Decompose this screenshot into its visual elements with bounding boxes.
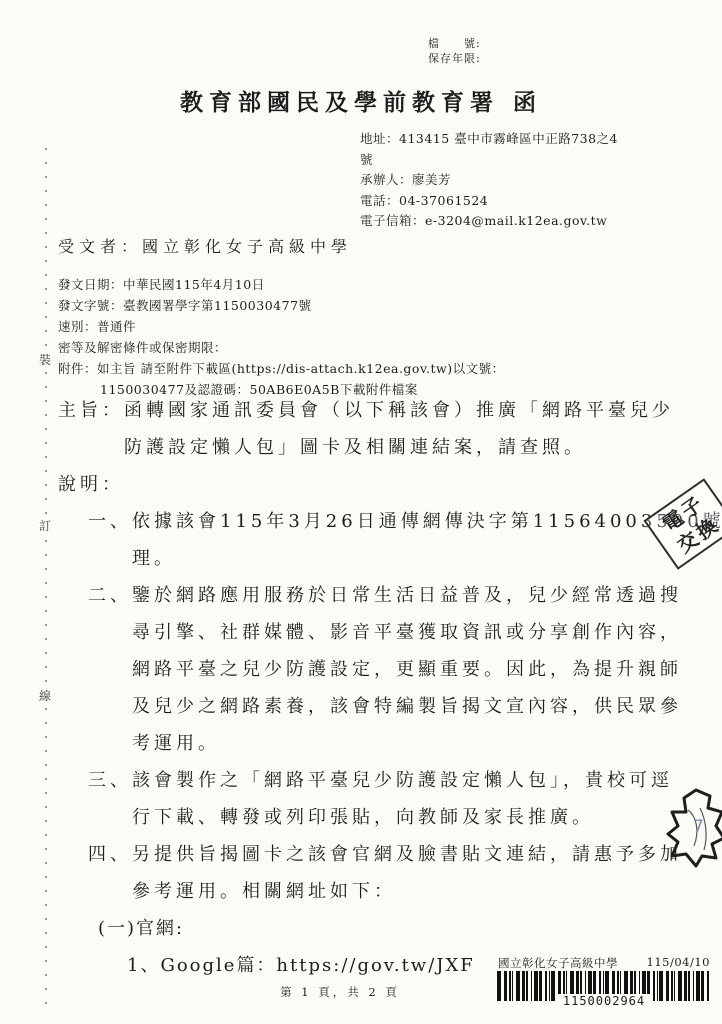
text-line: 另提供旨揭圖卡之該會官網及臉書貼文連結，請惠予多加 (132, 836, 682, 873)
attachment-note-line1: 附件：如主旨 請至附件下載區(https://dis-attach.k12ea.… (58, 358, 505, 379)
text-line: 鑒於網路應用服務於日常生活日益普及，兒少經常透過搜 (132, 577, 682, 614)
blob-digit: 7 (693, 817, 704, 837)
text-line: 理。 (132, 540, 722, 577)
scanned-official-letter: 檔 號: 保存年限: 教育部國民及學前教育署 函 地址：413415 臺中市霧峰… (0, 0, 722, 1024)
text-line: 尋引擎、社群媒體、影音平臺獲取資訊或分享創作內容， (132, 614, 682, 651)
binding-dotted-line (45, 148, 47, 1012)
explanation-item-4: 四、 另提供旨揭圖卡之該會官網及臉書貼文連結，請惠予多加 參考運用。相關網址如下… (88, 836, 708, 910)
binding-mark-zhuang: 裝 (37, 348, 53, 371)
issue-date: 發文日期：中華民國115年4月10日 (58, 274, 505, 295)
letter-body: 主旨： 函轉國家通訊委員會（以下稱該會）推廣「網路平臺兒少 防護設定懶人包」圖卡… (58, 392, 708, 984)
file-number-block: 檔 號: 保存年限: (428, 36, 481, 66)
item-number: 三、 (88, 762, 132, 799)
sender-phone: 電話：04-37061524 (360, 191, 700, 212)
item-number: 四、 (88, 836, 132, 873)
speed-class: 速別：普通件 (58, 316, 505, 337)
explanation-item-1: 一、 依據該會115年3月26日通傳網傳決字第11564003590號函辦 理。 (88, 503, 708, 577)
sender-address-wrap: 號 (360, 150, 700, 171)
barcode-number: 1150002964 (497, 994, 711, 1008)
subject-section: 主旨： 函轉國家通訊委員會（以下稱該會）推廣「網路平臺兒少 防護設定懶人包」圖卡… (58, 392, 708, 466)
file-number-label: 檔 號: (428, 36, 481, 51)
recipient-stamp-line: 國立彰化女子高級中學 115/04/10 (498, 955, 710, 971)
blob-seal: 7 (666, 786, 722, 870)
item-number: 二、 (88, 577, 132, 614)
sender-address: 地址：413415 臺中市霧峰區中正路738之4 (360, 129, 700, 150)
barcode-block: 1150002964 (497, 971, 711, 1005)
subject-label: 主旨： (58, 392, 124, 429)
document-title: 教育部國民及學前教育署 函 (0, 84, 722, 117)
explanation-item-2: 二、 鑒於網路應用服務於日常生活日益普及，兒少經常透過搜 尋引擎、社群媒體、影音… (88, 577, 708, 762)
text-line: 該會製作之「網路平臺兒少防護設定懶人包」，貴校可逕 (132, 762, 673, 799)
text-line: 參考運用。相關網址如下： (132, 873, 682, 910)
received-date: 115/04/10 (647, 955, 710, 971)
text-line: 依據該會115年3月26日通傳網傳決字第11564003590號函辦 (132, 503, 722, 540)
explanation-label: 說明： (58, 466, 708, 503)
text-line: 及兒少之網路素養，該會特編製旨揭文宣內容，供民眾參 (132, 688, 682, 725)
item-number: 一、 (88, 503, 132, 540)
document-meta-block: 發文日期：中華民國115年4月10日 發文字號：臺教國署學字第115003047… (58, 274, 505, 400)
subject-line: 防護設定懶人包」圖卡及相關連結案，請查照。 (124, 429, 674, 466)
binding-mark-ding: 訂 (37, 514, 53, 537)
recipient-line: 受文者：國立彰化女子高級中學 (58, 234, 352, 257)
sub-item-number: 1、 (127, 947, 160, 984)
subject-line: 函轉國家通訊委員會（以下稱該會）推廣「網路平臺兒少 (124, 392, 674, 429)
barcode-number-text: 1150002964 (558, 994, 650, 1008)
document-number: 發文字號：臺教國署學字第1150030477號 (58, 295, 505, 316)
sender-email: 電子信箱：e-3204@mail.k12ea.gov.tw (360, 211, 700, 232)
recipient-school-name: 國立彰化女子高級中學 (498, 955, 618, 971)
text-line: 行下載、轉發或列印張貼，向教師及家長推廣。 (132, 799, 673, 836)
explanation-item-3: 三、 該會製作之「網路平臺兒少防護設定懶人包」，貴校可逕 行下載、轉發或列印張貼… (88, 762, 708, 836)
official-site-heading: (一)官網: (98, 910, 708, 947)
text-line: 網路平臺之兒少防護設定，更顯重要。因此，為提升親師 (132, 651, 682, 688)
sender-info-block: 地址：413415 臺中市霧峰區中正路738之4 號 承辦人：廖美芳 電話：04… (360, 129, 700, 232)
retention-period-label: 保存年限: (428, 51, 481, 66)
text-line: 考運用。 (132, 725, 682, 762)
sub-item-url: Google篇：https://gov.tw/JXF (160, 947, 474, 984)
security-class: 密等及解密條件或保密期限： (58, 337, 505, 358)
sender-contact-person: 承辦人：廖美芳 (360, 170, 700, 191)
binding-mark-xian: 線 (37, 684, 53, 707)
